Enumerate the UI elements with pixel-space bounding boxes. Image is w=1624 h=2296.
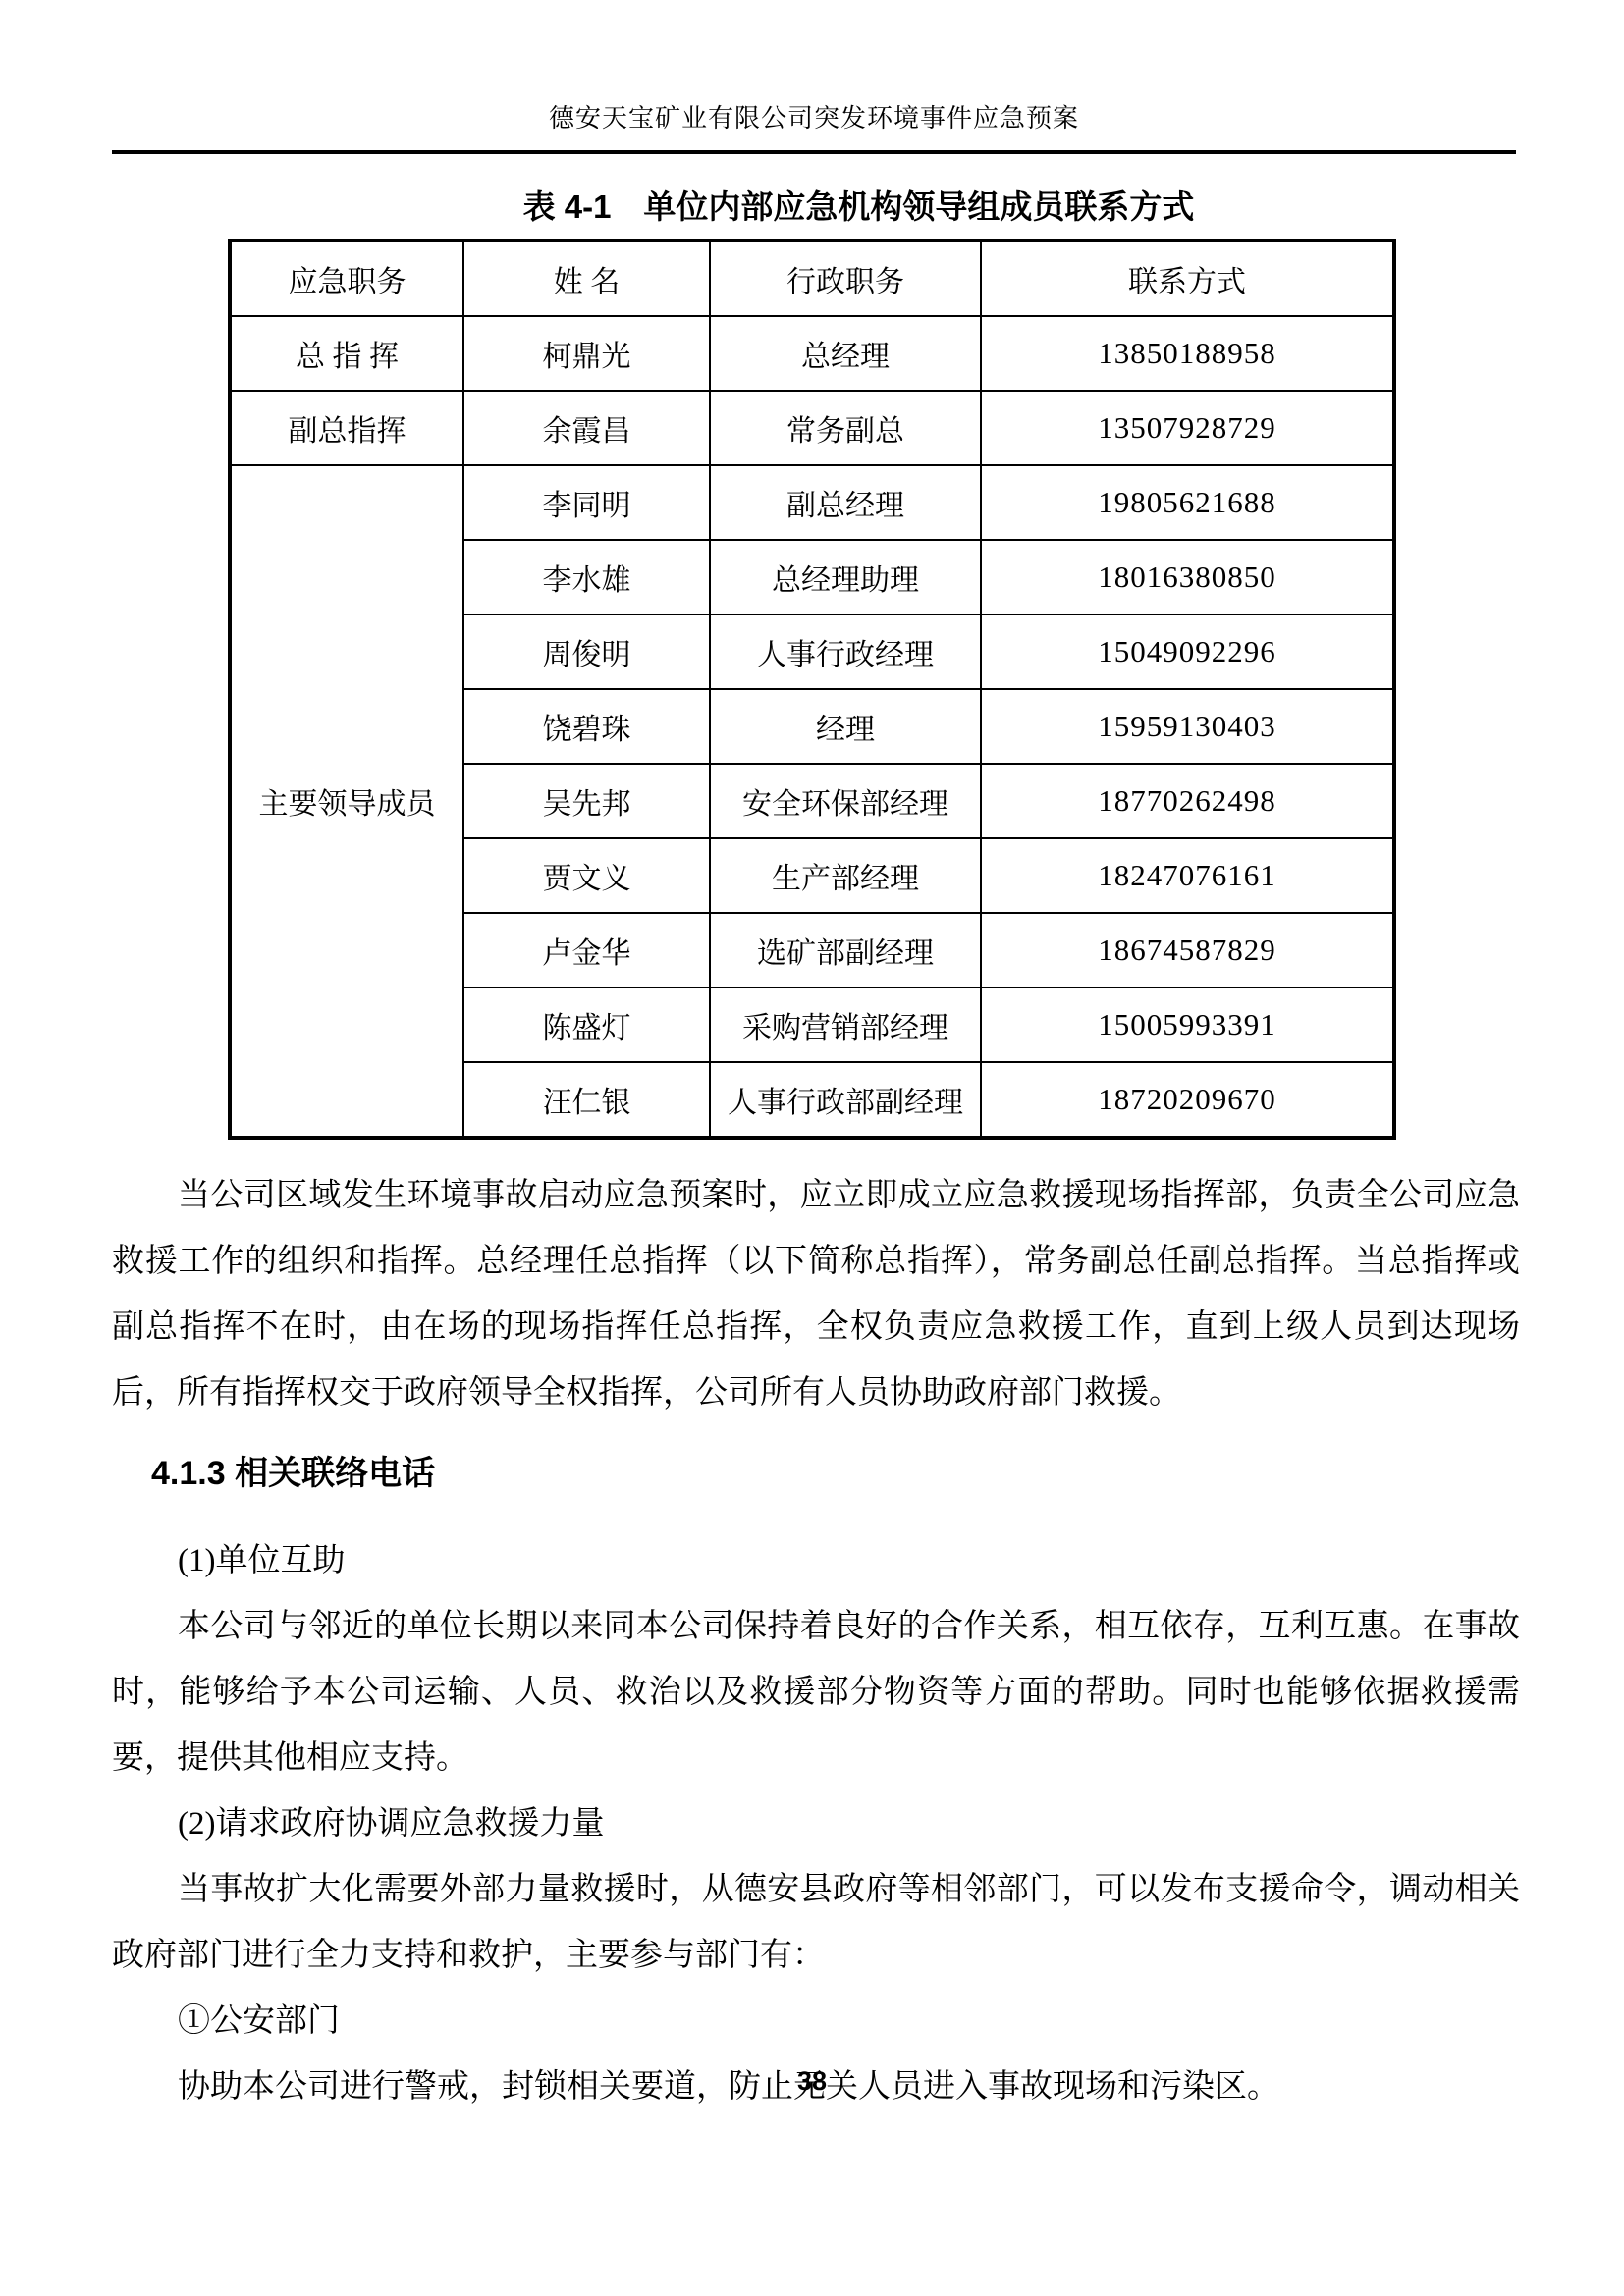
body-text: 当公司区域发生环境事故启动应急预案时，应立即成立应急救援现场指挥部，负责全公司应… [112, 1163, 1520, 2120]
cell-phone: 15005993391 [981, 988, 1394, 1062]
cell-name: 余霞昌 [463, 391, 710, 465]
page-header: 德安天宝矿业有限公司突发环境事件应急预案 [112, 0, 1516, 154]
cell-admin-title: 采购营销部经理 [710, 988, 981, 1062]
column-header-emergency-role: 应急职务 [230, 240, 463, 316]
contacts-table: 应急职务 姓 名 行政职务 联系方式 总 指 挥 柯鼎光 总经理 1385018… [228, 239, 1396, 1140]
document-page: 德安天宝矿业有限公司突发环境事件应急预案 表 4-1 单位内部应急机构领导组成员… [0, 0, 1624, 2296]
paragraph-command-structure: 当公司区域发生环境事故启动应急预案时，应立即成立应急救援现场指挥部，负责全公司应… [112, 1163, 1520, 1426]
cell-phone: 18674587829 [981, 913, 1394, 988]
column-header-admin-title: 行政职务 [710, 240, 981, 316]
paragraph-government-support: 当事故扩大化需要外部力量救援时，从德安县政府等相邻部门，可以发布支援命令，调动相… [112, 1857, 1520, 1989]
cell-admin-title: 生产部经理 [710, 838, 981, 913]
section-heading-4-1-3: 4.1.3 相关联络电话 [112, 1438, 1520, 1509]
cell-name: 吴先邦 [463, 764, 710, 838]
list-item-police-label: ①公安部门 [112, 1989, 1520, 2055]
table-row: 总 指 挥 柯鼎光 总经理 13850188958 [230, 316, 1394, 391]
cell-role: 副总指挥 [230, 391, 463, 465]
list-item-government-label: (2)请求政府协调应急救援力量 [112, 1791, 1520, 1857]
cell-name: 柯鼎光 [463, 316, 710, 391]
cell-phone: 18720209670 [981, 1062, 1394, 1138]
cell-admin-title: 人事行政经理 [710, 614, 981, 689]
cell-name: 汪仁银 [463, 1062, 710, 1138]
cell-phone: 18770262498 [981, 764, 1394, 838]
cell-name: 周俊明 [463, 614, 710, 689]
cell-admin-title: 人事行政部副经理 [710, 1062, 981, 1138]
cell-name: 李水雄 [463, 540, 710, 614]
column-header-contact: 联系方式 [981, 240, 1394, 316]
table-caption: 表 4-1 单位内部应急机构领导组成员联系方式 [0, 189, 1624, 225]
cell-role: 总 指 挥 [230, 316, 463, 391]
cell-admin-title: 安全环保部经理 [710, 764, 981, 838]
cell-admin-title: 总经理助理 [710, 540, 981, 614]
cell-phone: 19805621688 [981, 465, 1394, 540]
header-title: 德安天宝矿业有限公司突发环境事件应急预案 [112, 98, 1516, 134]
cell-name: 饶碧珠 [463, 689, 710, 764]
cell-phone: 15959130403 [981, 689, 1394, 764]
cell-merged-role: 主要领导成员 [230, 465, 463, 1138]
cell-phone: 15049092296 [981, 614, 1394, 689]
paragraph-mutual-aid: 本公司与邻近的单位长期以来同本公司保持着良好的合作关系，相互依存，互利互惠。在事… [112, 1594, 1520, 1791]
cell-name: 李同明 [463, 465, 710, 540]
cell-admin-title: 副总经理 [710, 465, 981, 540]
cell-admin-title: 经理 [710, 689, 981, 764]
table-row: 主要领导成员 李同明 副总经理 19805621688 [230, 465, 1394, 540]
column-header-name: 姓 名 [463, 240, 710, 316]
cell-admin-title: 总经理 [710, 316, 981, 391]
cell-admin-title: 常务副总 [710, 391, 981, 465]
cell-phone: 18247076161 [981, 838, 1394, 913]
cell-name: 陈盛灯 [463, 988, 710, 1062]
cell-name: 卢金华 [463, 913, 710, 988]
list-item-mutual-aid-label: (1)单位互助 [112, 1528, 1520, 1594]
cell-admin-title: 选矿部副经理 [710, 913, 981, 988]
page-number: 38 [0, 2066, 1624, 2097]
cell-phone: 18016380850 [981, 540, 1394, 614]
table-header-row: 应急职务 姓 名 行政职务 联系方式 [230, 240, 1394, 316]
cell-phone: 13507928729 [981, 391, 1394, 465]
cell-phone: 13850188958 [981, 316, 1394, 391]
cell-name: 贾文义 [463, 838, 710, 913]
table-row: 副总指挥 余霞昌 常务副总 13507928729 [230, 391, 1394, 465]
